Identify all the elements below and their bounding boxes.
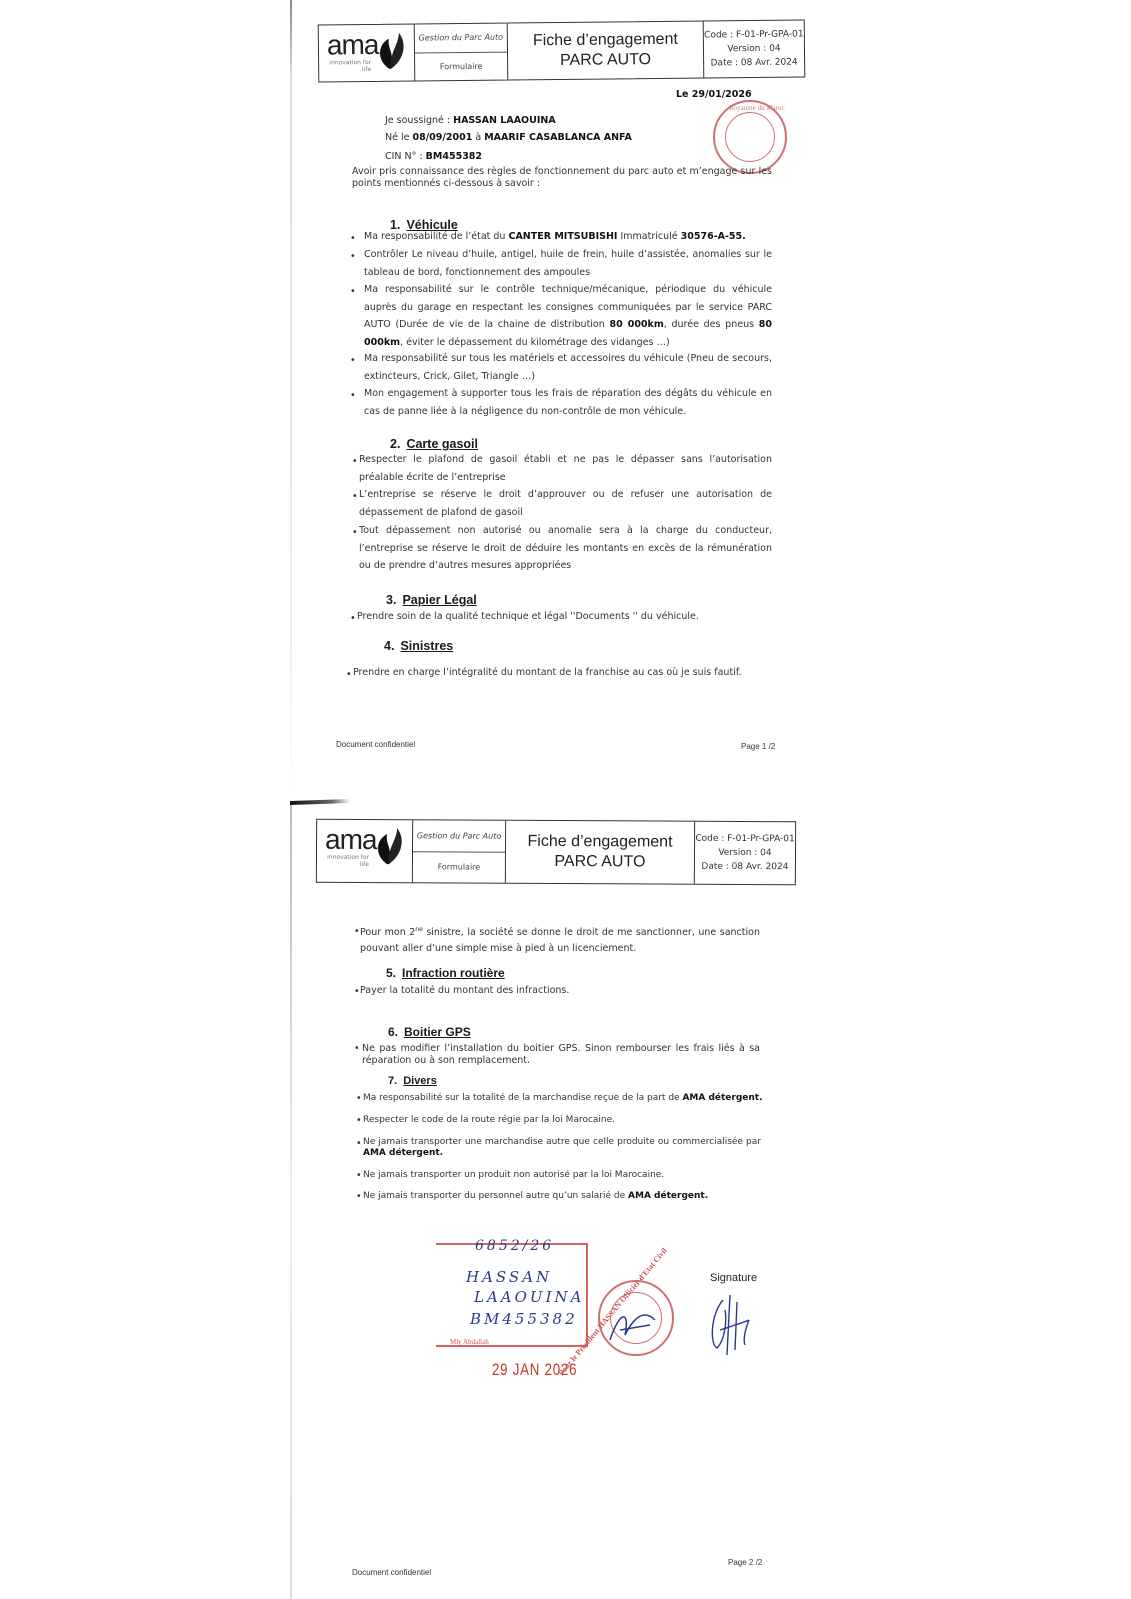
born-place: MAARIF CASABLANCA ANFA xyxy=(484,132,632,143)
section-title: Boitier GPS xyxy=(404,1025,471,1039)
signature-icon xyxy=(705,1290,755,1360)
cin-line: CIN N° : BM455382 xyxy=(385,150,482,163)
page1-footer-right: Page 1 /2 xyxy=(741,742,775,751)
bullet-icon: • xyxy=(352,527,358,538)
vehicle-item-1: Ma responsabilité de l’état du CANTER MI… xyxy=(364,228,772,246)
gasoil-item-3: Tout dépassement non autorisé ou anomali… xyxy=(359,522,772,575)
undersigned-name: HASSAN LAAOUINA xyxy=(453,115,556,126)
section-5-heading: 5.Infraction routière xyxy=(386,966,505,980)
item-text: Ma responsabilité sur la totalité de la … xyxy=(363,1093,682,1103)
document-title: Fiche d’engagement PARC AUTO xyxy=(506,821,695,884)
sinistre-item-1: Prendre en charge l’intégralité du monta… xyxy=(353,664,783,682)
cin-label: CIN N° : xyxy=(385,151,426,162)
handwritten-cin: BM455382 xyxy=(470,1310,578,1328)
department-label: Gestion du Parc Auto xyxy=(413,820,505,852)
ordinal-sup: ne xyxy=(415,926,423,933)
page1-header-table: ama innovation for life Gestion du Parc … xyxy=(318,19,806,82)
birth-line: Né le 08/09/2001 à MAARIF CASABLANCA ANF… xyxy=(385,131,632,144)
section-title: Infraction routière xyxy=(402,966,505,980)
section-6-heading: 6.Boitier GPS xyxy=(388,1025,471,1039)
kingdom-stamp: Royaume du Maroc xyxy=(713,100,787,174)
bullet-icon: • xyxy=(354,926,360,937)
bullet-icon: • xyxy=(350,233,356,244)
stamp-text: Royaume du Maroc xyxy=(729,104,785,112)
doc-type-label: Formulaire xyxy=(415,52,507,80)
vehicle-item-3: Ma responsabilité sur le contrôle techni… xyxy=(364,281,772,351)
company-name: AMA détergent. xyxy=(628,1191,708,1201)
divers-item-5: Ne jamais transporter du personnel autre… xyxy=(363,1190,763,1202)
title-line2: PARC AUTO xyxy=(554,852,645,872)
section-title: Sinistres xyxy=(400,639,453,653)
section-7-heading: 7.Divers xyxy=(388,1075,437,1087)
born-label: Né le xyxy=(385,132,412,143)
bullet-icon: • xyxy=(350,286,356,297)
item-text: , durée des pneus xyxy=(664,319,759,330)
bullet-icon: • xyxy=(356,1138,362,1149)
section-title: Carte gasoil xyxy=(406,437,478,451)
bullet-icon: • xyxy=(356,1093,362,1104)
vehicle-plate: 30576-A-55. xyxy=(681,231,746,242)
bullet-icon: • xyxy=(350,613,356,624)
document-code-block: Code : F-01-Pr-GPA-01 Version : 04 Date … xyxy=(704,20,805,77)
infraction-item-1: Payer la totalité du montant des infract… xyxy=(360,985,760,997)
section-num: 6. xyxy=(388,1025,398,1039)
vehicle-item-2: Contrôler Le niveau d’huile, antigel, hu… xyxy=(364,246,772,281)
doc-code: Code : F-01-Pr-GPA-01 xyxy=(704,27,804,42)
vehicle-model: CANTER MITSUBISHI xyxy=(508,231,617,242)
department-label: Gestion du Parc Auto xyxy=(415,24,507,53)
bullet-icon: • xyxy=(352,491,358,502)
divers-item-1: Ma responsabilité sur la totalité de la … xyxy=(363,1092,763,1104)
bullet-icon: • xyxy=(356,1170,362,1181)
page2-footer-right: Page 2 /2 xyxy=(728,1558,762,1567)
scan-edge xyxy=(290,0,292,800)
undersigned-line: Je soussigné : HASSAN LAAOUINA xyxy=(385,114,556,127)
born-date: 08/09/2001 xyxy=(412,132,472,143)
signature-label: Signature xyxy=(710,1272,757,1284)
header-meta: Gestion du Parc Auto Formulaire xyxy=(415,24,509,81)
item-text: Ne jamais transporter un produit non aut… xyxy=(363,1170,664,1180)
scan-edge xyxy=(290,805,292,1599)
page1-footer-left: Document confidentiel xyxy=(336,740,415,749)
divers-item-4: Ne jamais transporter un produit non aut… xyxy=(363,1169,763,1181)
logo-word: ama xyxy=(327,29,379,62)
scan-tear xyxy=(290,799,350,805)
cin-value: BM455382 xyxy=(426,151,482,162)
handwritten-last-name: LAAOUINA xyxy=(474,1288,584,1306)
intro-paragraph: Avoir pris connaissance des règles de fo… xyxy=(352,166,772,190)
item-text: Ne jamais transporter du personnel autre… xyxy=(363,1191,628,1201)
gasoil-item-1: Respecter le plafond de gasoil établi et… xyxy=(359,451,772,486)
section-title: Divers xyxy=(403,1075,437,1087)
doc-code: Code : F-01-Pr-GPA-01 xyxy=(695,832,794,847)
header-meta: Gestion du Parc Auto Formulaire xyxy=(413,820,506,882)
bullet-icon: • xyxy=(350,390,356,401)
item-text: Ne jamais transporter une marchandise au… xyxy=(363,1137,761,1147)
officer-signature-icon xyxy=(600,1300,660,1350)
handwritten-first-name: HASSAN xyxy=(466,1268,552,1286)
item-text: Pour mon 2 xyxy=(360,927,415,938)
doc-version: Version : 04 xyxy=(727,42,780,57)
distribution-km: 80 000km xyxy=(609,319,663,330)
section-title: Papier Légal xyxy=(402,593,476,607)
leaf-logo-icon xyxy=(373,826,407,866)
stamp-footer-text: Mly Abdallah xyxy=(450,1338,489,1346)
page2-footer-left: Document confidentiel xyxy=(352,1568,431,1577)
section-4-heading: 4.Sinistres xyxy=(384,639,453,653)
doc-date: Date : 08 Avr. 2024 xyxy=(711,56,798,71)
page2-header-table: ama innovation for life Gestion du Parc … xyxy=(316,819,796,886)
letter-date: Le 29/01/2026 xyxy=(676,88,752,101)
undersigned-label: Je soussigné : xyxy=(385,115,453,126)
logo-word: ama xyxy=(325,824,377,856)
item-text: Respecter le code de la route régie par … xyxy=(363,1115,615,1125)
bullet-icon: • xyxy=(346,669,352,680)
section-num: 7. xyxy=(388,1075,397,1087)
company-logo: ama innovation for life xyxy=(319,25,416,82)
gps-item-1: Ne pas modifier l’installation du boitie… xyxy=(362,1043,760,1067)
born-at: à xyxy=(472,132,484,143)
bullet-icon: • xyxy=(350,355,356,366)
section-num: 4. xyxy=(384,639,394,653)
section-num: 2. xyxy=(390,437,400,451)
title-line2: PARC AUTO xyxy=(560,50,651,71)
company-logo: ama innovation for life xyxy=(317,820,413,883)
papier-item-1: Prendre soin de la qualité technique et … xyxy=(357,608,777,626)
bullet-icon: • xyxy=(356,1191,362,1202)
title-line1: Fiche d’engagement xyxy=(528,832,673,853)
section-2-heading: 2.Carte gasoil xyxy=(390,437,478,451)
doc-type-label: Formulaire xyxy=(413,852,505,883)
gasoil-item-2: L’entreprise se réserve le droit d’appro… xyxy=(359,486,772,521)
section-3-heading: 3.Papier Légal xyxy=(386,593,477,607)
doc-version: Version : 04 xyxy=(718,846,771,860)
bullet-icon: • xyxy=(350,251,356,262)
divers-item-2: Respecter le code de la route régie par … xyxy=(363,1114,763,1126)
document-code-block: Code : F-01-Pr-GPA-01 Version : 04 Date … xyxy=(695,822,795,885)
bullet-icon: • xyxy=(356,1115,362,1126)
company-name: AMA détergent. xyxy=(363,1148,443,1158)
bullet-icon: • xyxy=(354,1043,360,1054)
item-text: Ma responsabilité de l’état du xyxy=(364,231,508,242)
vehicle-item-4: Ma responsabilité sur tous les matériels… xyxy=(364,350,772,385)
item-text: Immatriculé xyxy=(617,231,680,242)
logo-tagline: innovation for life xyxy=(327,59,371,73)
vehicle-item-5: Mon engagement à supporter tous les frai… xyxy=(364,385,772,420)
doc-date: Date : 08 Avr. 2024 xyxy=(701,860,788,874)
handwritten-reg-number: 6852/26 xyxy=(475,1238,554,1254)
leaf-logo-icon xyxy=(375,31,409,71)
company-name: AMA détergent. xyxy=(682,1093,762,1103)
section-num: 5. xyxy=(386,966,396,980)
document-title: Fiche d’engagement PARC AUTO xyxy=(508,22,705,80)
divers-item-3: Ne jamais transporter une marchandise au… xyxy=(363,1137,761,1159)
title-line1: Fiche d’engagement xyxy=(533,30,678,52)
bullet-icon: • xyxy=(352,456,358,467)
sinistre-continued: Pour mon 2ne sinistre, la société se don… xyxy=(360,922,760,957)
section-num: 3. xyxy=(386,593,396,607)
logo-tagline: innovation for life xyxy=(325,854,369,868)
item-text: , éviter le dépassement du kilométrage d… xyxy=(400,337,670,348)
bullet-icon: • xyxy=(354,986,360,997)
